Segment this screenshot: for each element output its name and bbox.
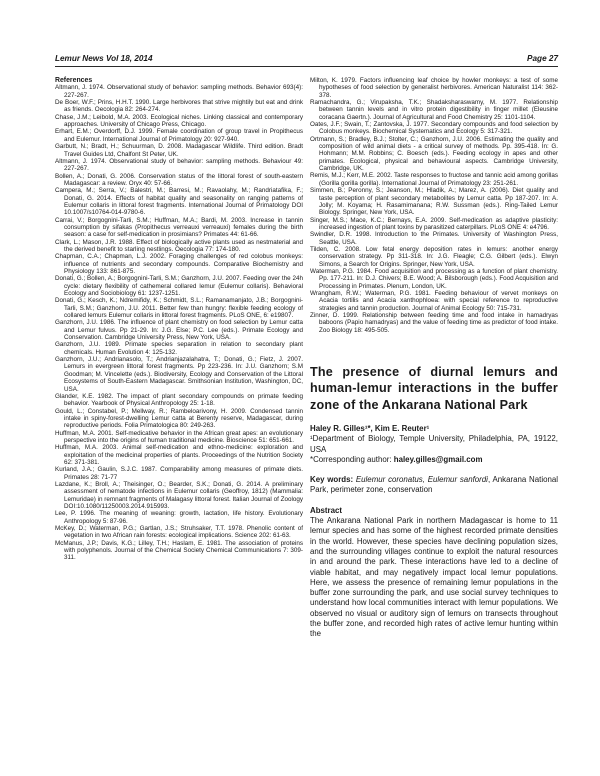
- reference-entry: Ganzhorn, J.U.; Andrianasolo, T.; Andria…: [55, 356, 303, 393]
- page-number: Page 27: [527, 54, 558, 63]
- reference-entry: Erhart, E.M.; Overdorff, D.J. 1999. Fema…: [55, 128, 303, 143]
- reference-entry: Donati, G.; Kesch, K.; Ndremifidy, K.; S…: [55, 297, 303, 319]
- reference-entry: Oates, J.F.; Swain, T.; Zantovska, J. 19…: [310, 121, 558, 136]
- reference-entry: Milton, K. 1979. Factors influencing lea…: [310, 77, 558, 99]
- corresponding-author-email: haley.gilles@gmail.com: [394, 455, 483, 464]
- reference-entry: Ganzhorn, J.U. 1986. The influence of pl…: [55, 319, 303, 341]
- reference-entry: De Boer, W.F.; Prins, H.H.T. 1990. Large…: [55, 99, 303, 114]
- corresponding-author-label: *Corresponding author:: [310, 455, 394, 464]
- two-column-body: References Altmann, J. 1974. Observation…: [55, 77, 558, 640]
- abstract-heading: Abstract: [310, 506, 558, 516]
- reference-entry: Lazdane, K.; Broll, A.; Theisinger, O.; …: [55, 481, 303, 510]
- reference-entry: Gould, L.; Constabel, P.; Mellway, R.; R…: [55, 408, 303, 430]
- references-heading: References: [55, 77, 303, 84]
- right-column: Milton, K. 1979. Factors influencing lea…: [310, 77, 558, 640]
- reference-entry: Ganzhorn, J.U. 1989. Primate species sep…: [55, 341, 303, 356]
- reference-entry: Clark, L.; Mason, J.R. 1988. Effect of b…: [55, 239, 303, 254]
- keywords-species: Eulemur coronatus, Eulemur sanfordi: [356, 475, 488, 484]
- reference-entry: Bollen, A.; Donati, G. 2006. Conservatio…: [55, 173, 303, 188]
- article-title: The presence of diurnal lemurs and human…: [310, 364, 558, 413]
- article-section: The presence of diurnal lemurs and human…: [310, 364, 558, 640]
- reference-entry: Simmen, B.; Peronny, S.; Jeanson, M.; Hl…: [310, 187, 558, 216]
- header-divider: [55, 66, 558, 67]
- reference-entry: Lee, P. 1996. The meaning of weaning: gr…: [55, 510, 303, 525]
- journal-title-header: Lemur News Vol 18, 2014: [55, 54, 153, 63]
- reference-entry: Singer, M.S.; Mace, K.C.; Bernays, E.A. …: [310, 217, 558, 232]
- reference-entry: Zinner, D. 1999. Relationship between fe…: [310, 312, 558, 334]
- reference-entry: Donati, G.; Bollen, A.; Borgognini-Tarli…: [55, 275, 303, 297]
- abstract-text: The Ankarana National Park in northern M…: [310, 516, 558, 640]
- keywords-line: Key words: Eulemur coronatus, Eulemur sa…: [310, 475, 558, 496]
- corresponding-author-line: *Corresponding author: haley.gilles@gmai…: [310, 455, 558, 465]
- article-affiliation: ¹Department of Biology, Temple Universit…: [310, 434, 558, 455]
- references-list-left: Altmann, J. 1974. Observational study of…: [55, 84, 303, 561]
- reference-entry: Campera, M.; Serra, V.; Balestri, M.; Ba…: [55, 187, 303, 216]
- left-column: References Altmann, J. 1974. Observation…: [55, 77, 303, 640]
- reference-entry: McKey, D.; Waterman, P.G.; Gartlan, J.S.…: [55, 525, 303, 540]
- reference-entry: Remis, M.J.; Kerr, M.E. 2002. Taste resp…: [310, 172, 558, 187]
- reference-entry: Chase, J.M.; Leibold, M.A. 2003. Ecologi…: [55, 114, 303, 129]
- reference-entry: Ramachandra, G.; Virupaksha, T.K.; Shada…: [310, 99, 558, 121]
- journal-page: Lemur News Vol 18, 2014 Page 27 Referenc…: [0, 0, 600, 776]
- reference-entry: Ortmann, S.; Bradley, B.J.; Stolter, C.;…: [310, 136, 558, 173]
- reference-entry: Altmann, J. 1974. Observational study of…: [55, 84, 303, 99]
- reference-entry: Kurland, J.A.; Gaulin, S.J.C. 1987. Comp…: [55, 466, 303, 481]
- reference-entry: Wrangham, R.W.; Waterman, P.G. 1981. Fee…: [310, 290, 558, 312]
- reference-entry: Tilden, C. 2008. Low fetal energy deposi…: [310, 246, 558, 268]
- reference-entry: Huffman, M.A. 2003. Animal self-medicati…: [55, 444, 303, 466]
- reference-entry: Glander, K.E. 1982. The impact of plant …: [55, 393, 303, 408]
- page-header: Lemur News Vol 18, 2014 Page 27: [55, 54, 558, 63]
- reference-entry: Carrai, V.; Borgognini-Tarli, S.M.; Huff…: [55, 217, 303, 239]
- reference-entry: Waterman, P.G. 1984. Food acquisition an…: [310, 268, 558, 290]
- reference-entry: McManus, J.P.; Davis, K.G.; Lilley, T.H.…: [55, 540, 303, 562]
- reference-entry: Garbutt, N.; Bradt, H.; Schuurman, D. 20…: [55, 143, 303, 158]
- reference-entry: Chapman, C.A.; Chapman, L.J. 2002. Forag…: [55, 253, 303, 275]
- reference-entry: Altmann, J. 1974. Observational study of…: [55, 158, 303, 173]
- keywords-label: Key words:: [310, 475, 356, 484]
- references-list-right: Milton, K. 1979. Factors influencing lea…: [310, 77, 558, 334]
- article-authors: Haley R. Gilles¹*, Kim E. Reuter¹: [310, 424, 558, 434]
- reference-entry: Huffman, M.A. 2001. Self-medicative beha…: [55, 430, 303, 445]
- reference-entry: Swindler, D.R. 1998. Introduction to the…: [310, 231, 558, 246]
